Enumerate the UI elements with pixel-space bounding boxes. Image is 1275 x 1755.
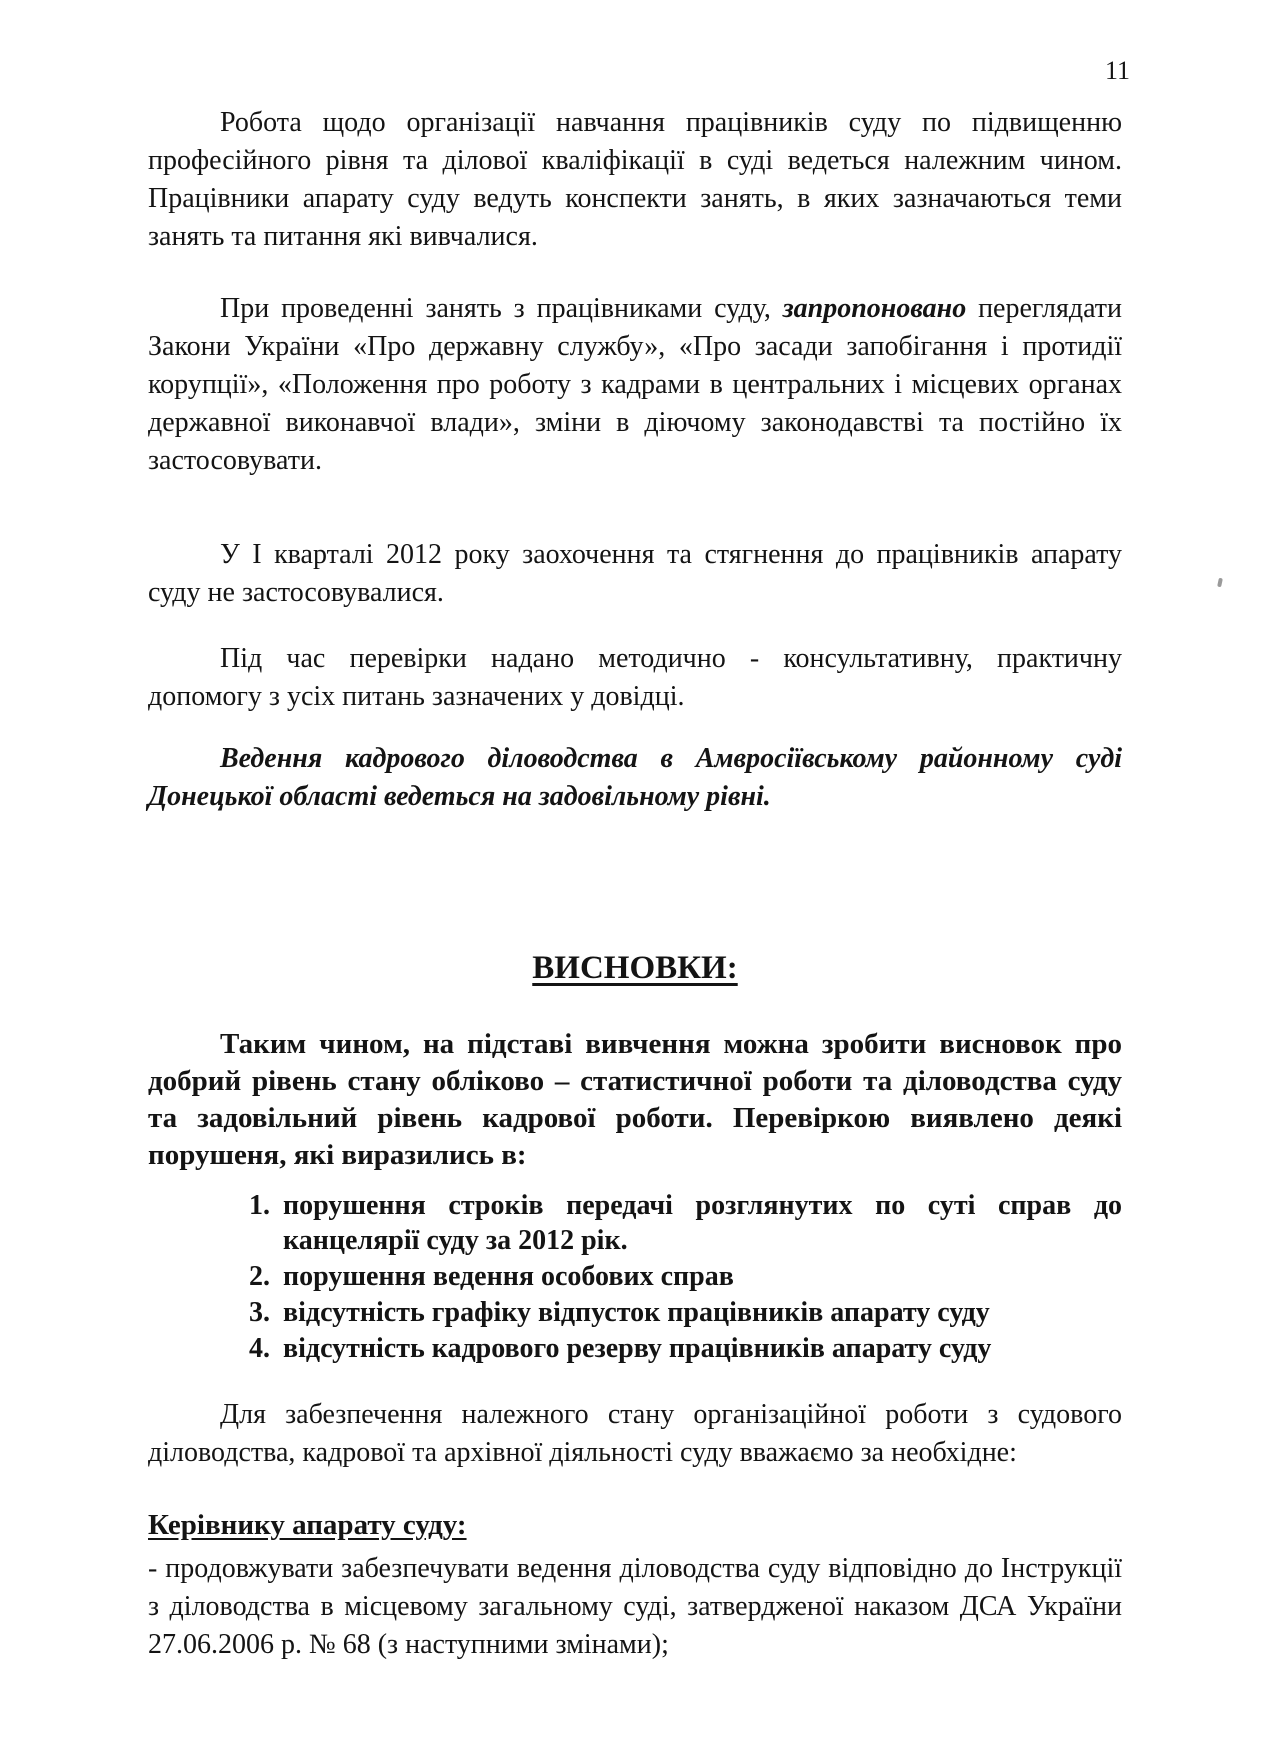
conclusions-heading-text: ВИСНОВКИ: [532, 950, 737, 986]
paragraph-training: Робота щодо організації навчання працівн… [148, 104, 1122, 256]
paragraph-sessions: При проведенні занять з працівниками суд… [148, 290, 1122, 480]
paragraph-sessions-pre: При проведенні занять з працівниками суд… [220, 293, 783, 324]
conclusions-closing: Для забезпечення належного стану організ… [148, 1396, 1122, 1472]
paragraph-sessions-emphasis: запропоновано [783, 293, 966, 324]
recommendations-heading-text: Керівнику апарату суду: [148, 1509, 467, 1541]
paragraph-assistance: Під час перевірки надано методично - кон… [148, 640, 1122, 716]
violation-item-3: відсутність графіку відпусток працівникі… [277, 1295, 1122, 1330]
paragraph-hr-level: Ведення кадрового діловодства в Амвросії… [148, 740, 1122, 816]
recommendations-heading: Керівнику апарату суду: [148, 1506, 1122, 1544]
recommendation-item: - продовжувати забезпечувати ведення діл… [148, 1550, 1122, 1664]
document-page: 11 Робота щодо організації навчання прац… [0, 0, 1275, 1755]
conclusions-intro: Таким чином, на підставі вивчення можна … [148, 1026, 1122, 1174]
violation-item-1: порушення строків передачі розглянутих п… [277, 1188, 1122, 1258]
paragraph-quarter: У І кварталі 2012 року заохочення та стя… [148, 536, 1122, 612]
scan-artifact [1217, 578, 1223, 588]
violation-item-4: відсутність кадрового резерву працівникі… [277, 1331, 1122, 1366]
violations-list: порушення строків передачі розглянутих п… [148, 1188, 1122, 1366]
conclusions-heading: ВИСНОВКИ: [148, 948, 1122, 988]
violation-item-2: порушення ведення особових справ [277, 1259, 1122, 1294]
document-body: Робота щодо організації навчання працівн… [148, 0, 1122, 1664]
